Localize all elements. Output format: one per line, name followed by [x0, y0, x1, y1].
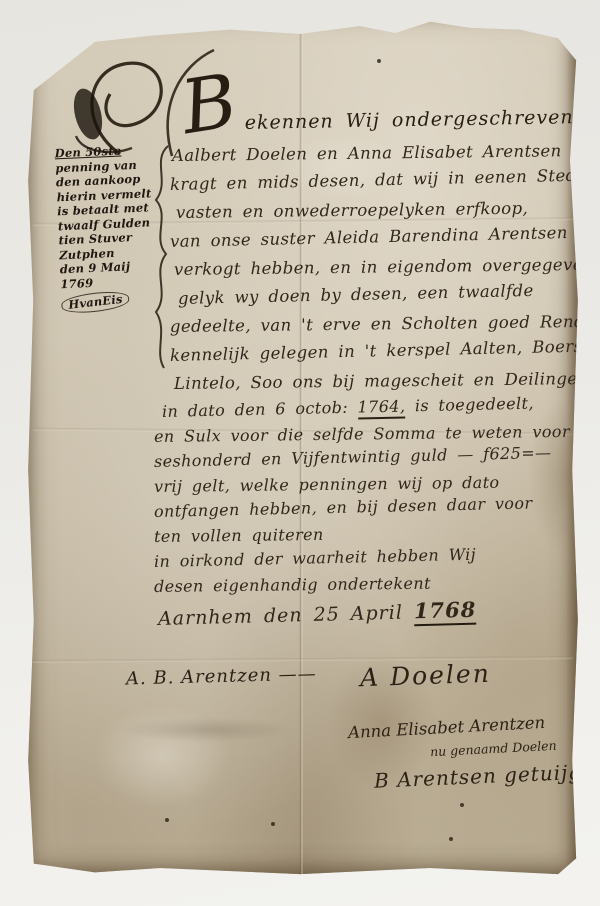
- photo-of-document: Den 50ste penning van den aankoop hierin…: [0, 0, 600, 906]
- signature-name-note: nu genaamd Doelen: [430, 738, 557, 760]
- document-body-text: Aalbert Doelen en Anna Elisabet Arentsen…: [170, 142, 600, 630]
- opening-line-text: ekennen Wij ondergeschreven Ehel:: [245, 105, 600, 134]
- ink-speck: [449, 837, 453, 841]
- underlined-year-1764: 1764,: [357, 396, 405, 419]
- faded-writing-smudge: [122, 718, 292, 742]
- ink-speck: [271, 822, 275, 826]
- paper-stain: [82, 696, 242, 816]
- place-date-text: Aarnhem den 25 April: [158, 601, 414, 630]
- decorated-initial-letter: B: [177, 66, 242, 144]
- document-paper: Den 50ste penning van den aankoop hierin…: [22, 6, 584, 882]
- tax-margin-note: Den 50ste penning van den aankoop hierin…: [54, 142, 169, 313]
- allotment-pre: in dato den 6 octob:: [162, 397, 358, 420]
- ink-speck: [460, 803, 464, 807]
- opening-line: B ekennen Wij ondergeschreven Ehel:: [181, 62, 600, 140]
- signature-ab-arentzen: A. B. Arentzen ——: [126, 664, 317, 690]
- ink-speck: [377, 59, 381, 63]
- tax-collector-signature: HvanEis: [60, 289, 130, 315]
- body-line: desen eigenhandig ondertekent: [154, 568, 600, 599]
- horizontal-crease: [33, 656, 573, 663]
- allotment-post: is toegedeelt,: [405, 393, 534, 415]
- ink-speck: [165, 818, 169, 822]
- signature-a-doelen: A Doelen: [360, 659, 492, 693]
- place-date-line: Aarnhem den 25 April 1768: [158, 593, 600, 630]
- underlined-year-1768: 1768: [414, 596, 477, 626]
